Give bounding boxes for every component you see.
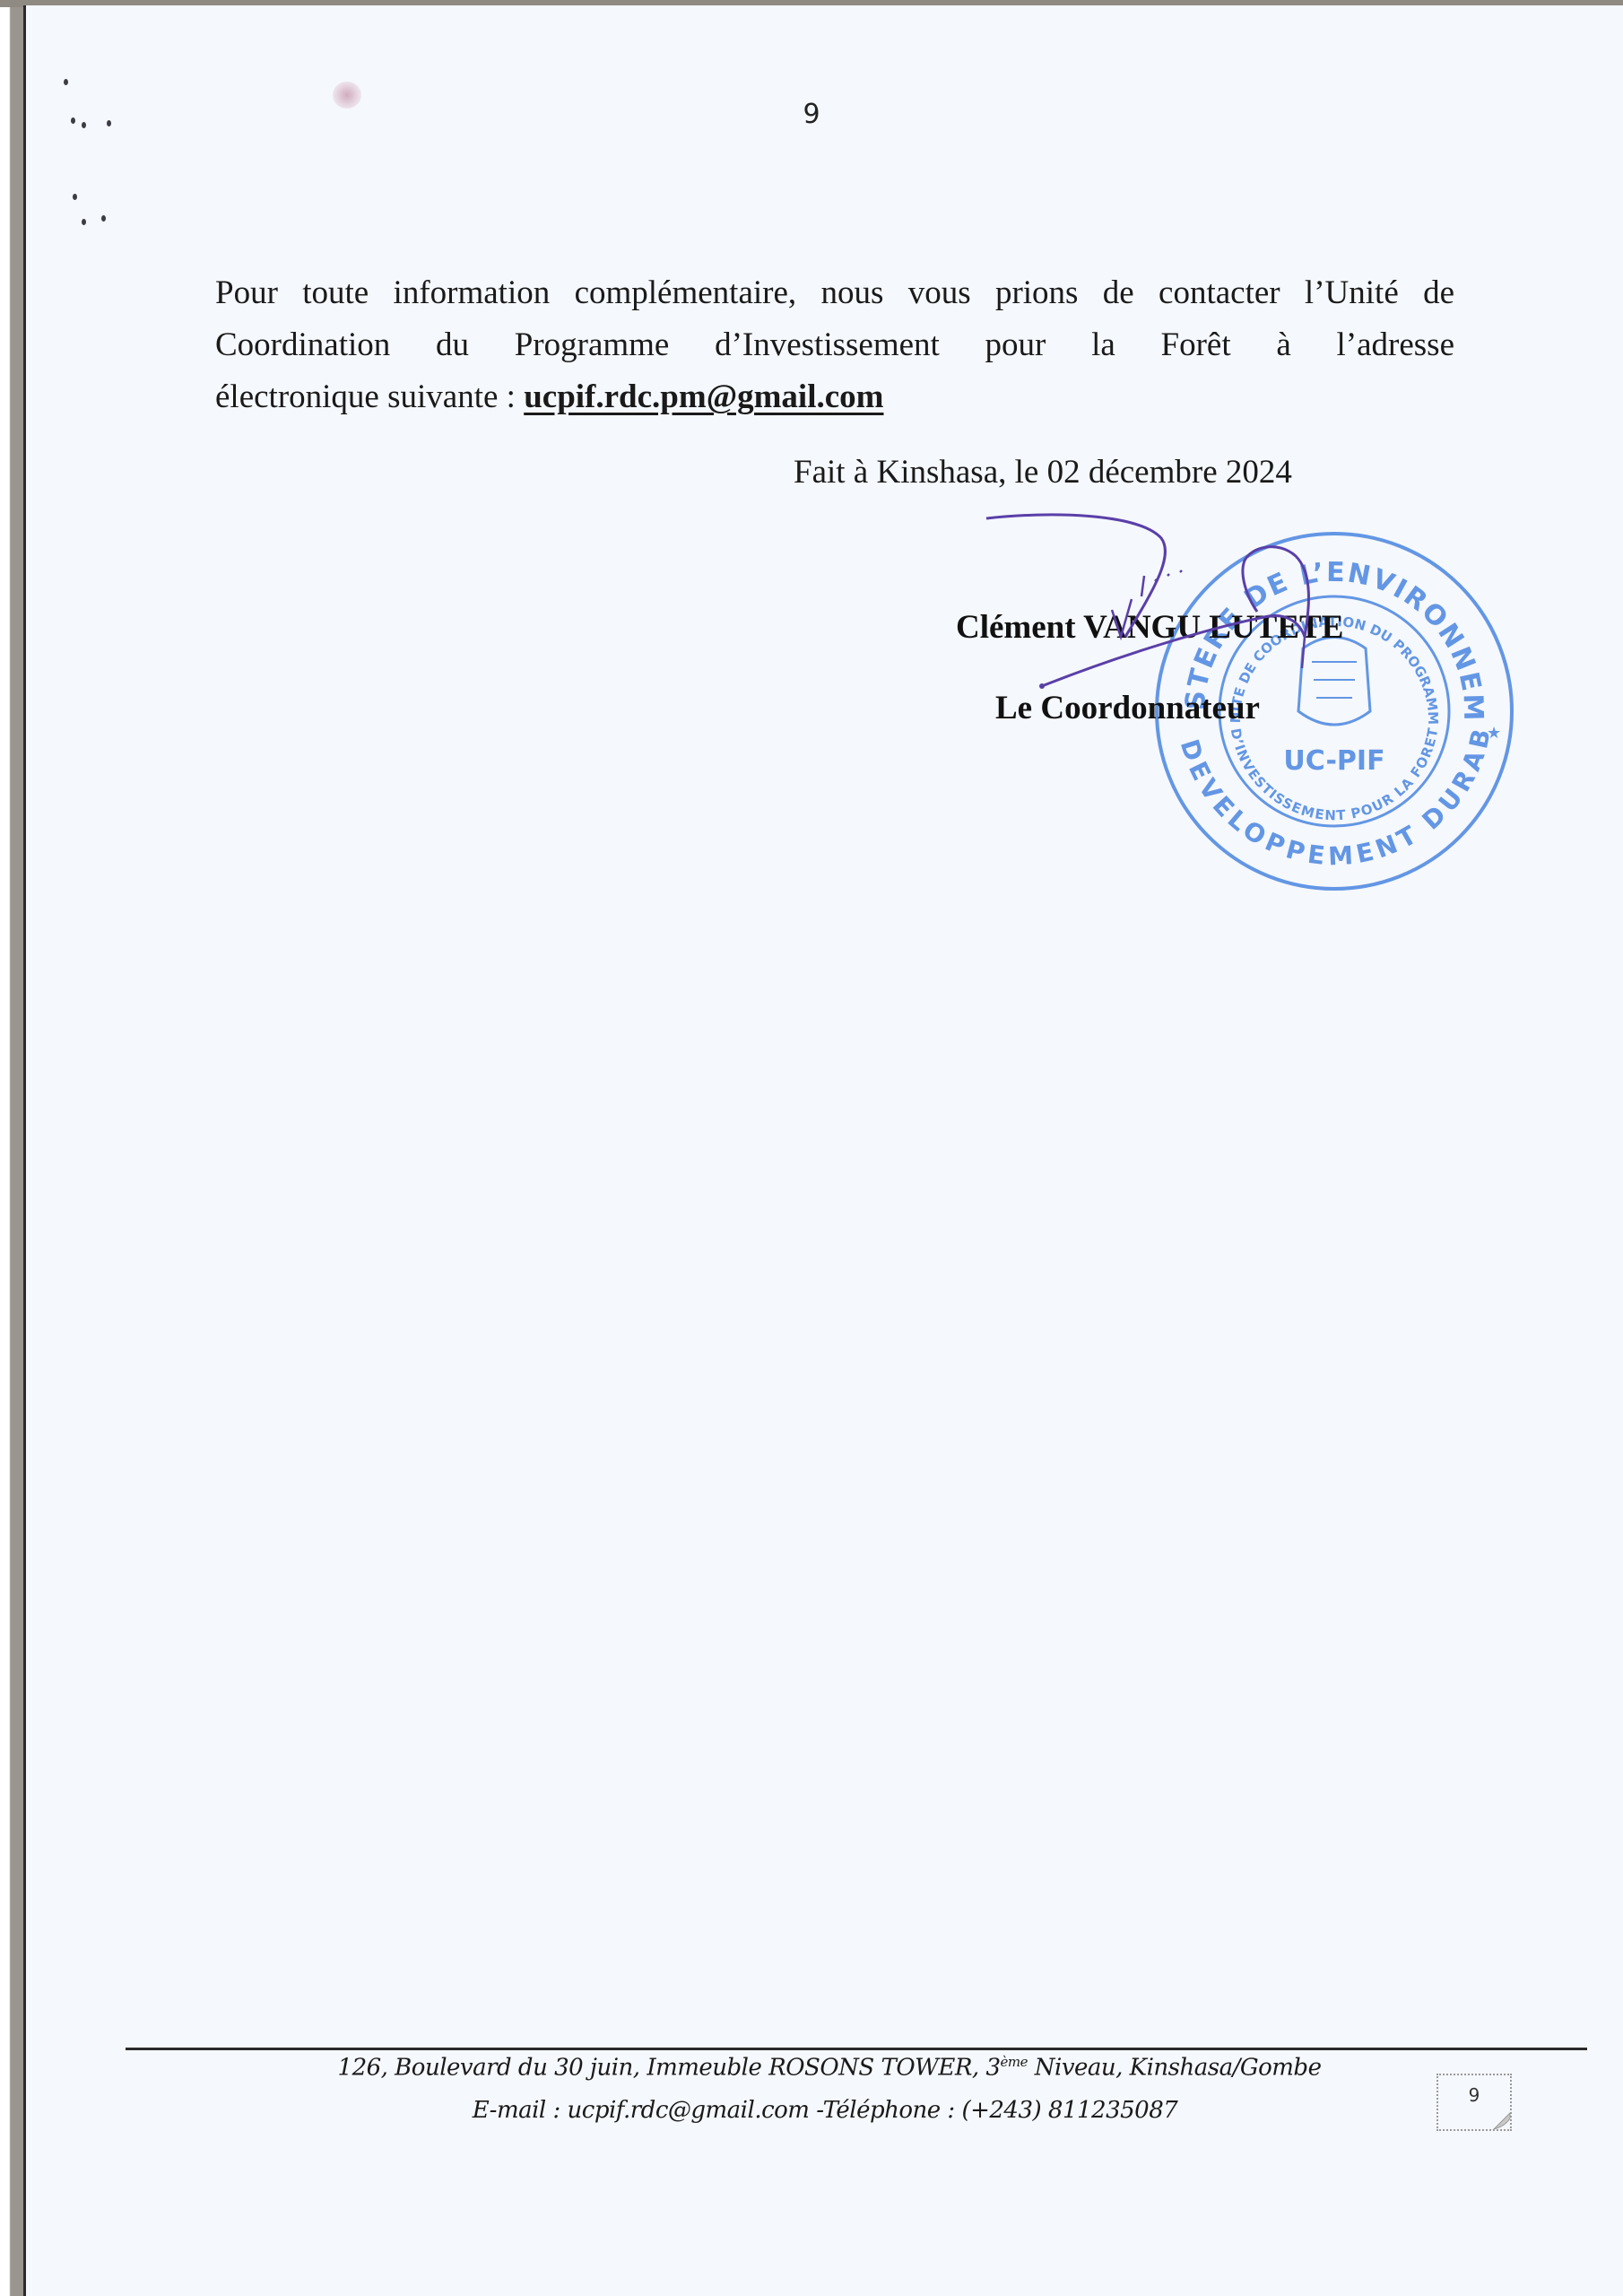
place-and-date: Fait à Kinshasa, le 02 décembre 2024 [794, 453, 1292, 491]
svg-text:UC-PIF: UC-PIF [1283, 745, 1384, 777]
page-number: 9 [0, 99, 1623, 130]
page-curl-icon [1490, 2109, 1512, 2131]
body-line-prefix: électronique suivante : [215, 378, 524, 415]
body-paragraph: Pour toute information complémentaire, n… [215, 267, 1454, 423]
svg-text:★: ★ [1487, 724, 1501, 743]
body-line: Pour toute information complémentaire, n… [215, 267, 1454, 319]
page-number-tag: 9 [1436, 2074, 1512, 2131]
footer-address-prefix: 126, Boulevard du 30 juin, Immeuble ROSO… [338, 2055, 1001, 2082]
handwritten-signature-icon [977, 511, 1408, 709]
body-line: électronique suivante : ucpif.rdc.pm@gma… [215, 371, 1454, 423]
footer-divider [126, 2048, 1587, 2050]
page-tag-number: 9 [1438, 2084, 1510, 2106]
punch-mark [82, 219, 86, 225]
body-line: Coordination du Programme d’Investisseme… [215, 319, 1454, 371]
footer-contact: E-mail : ucpif.rdc@gmail.com -Téléphone … [0, 2097, 1623, 2124]
scan-border [0, 0, 23, 2296]
punch-mark [101, 215, 106, 222]
punch-mark [73, 194, 77, 200]
footer-address-sup: ème [1001, 2054, 1028, 2070]
contact-email-link[interactable]: ucpif.rdc.pm@gmail.com [524, 378, 883, 415]
footer-address: 126, Boulevard du 30 juin, Immeuble ROSO… [0, 2054, 1623, 2082]
punch-mark [64, 79, 68, 85]
footer-address-suffix: Niveau, Kinshasa/Gombe [1028, 2055, 1321, 2082]
